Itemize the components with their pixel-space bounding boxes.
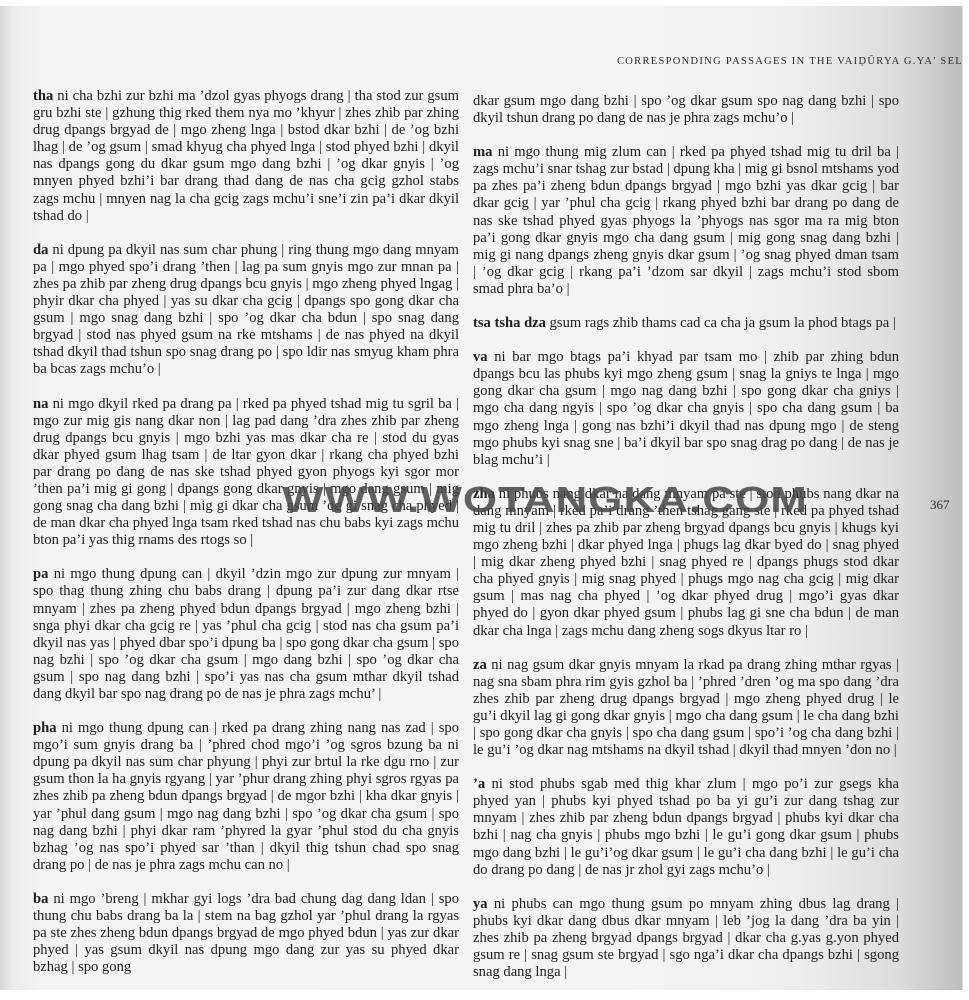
page-number: 367 (930, 497, 950, 513)
passage-text: dkar gsum mgo dang bzhi | spo ’og dkar g… (473, 93, 899, 126)
passage-text: ni bar mgo btags pa’i khyad par tsam mo … (473, 349, 899, 468)
passage-letter: pha (33, 720, 57, 736)
left-column: tha ni cha bzhi zur bzhi ma ’dzol gyas p… (33, 88, 459, 993)
passage-pha: pha ni mgo thung dpung can | rked pa dra… (33, 720, 459, 874)
passage-ya: ya ni phubs can mgo thung gsum po mnyam … (473, 896, 899, 981)
passage-text: ni dpung pa dkyil nas sum char phung | r… (33, 242, 459, 378)
passage-da: da ni dpung pa dkyil nas sum char phung … (33, 242, 459, 379)
passage-text: ni mgo thung mig zlum can | rked pa phye… (473, 144, 899, 297)
passage-text: gsum rags zhib thams cad ca cha ja gsum … (546, 315, 896, 331)
passage-text: ni phubs nang dkar na dang mnyam pa ste … (473, 486, 899, 639)
passage-pa: pa ni mgo thung dpung can | dkyil ’dzin … (33, 566, 459, 703)
passage-letter: tsa tsha dza (473, 315, 546, 331)
passage-tha: tha ni cha bzhi zur bzhi ma ’dzol gyas p… (33, 88, 459, 225)
passage-letter: da (33, 242, 48, 258)
passage-va: va ni bar mgo btags pa’i khyad par tsam … (473, 349, 899, 469)
passage-text: ni mgo ’breng | mkhar gyi logs ’dra bad … (33, 891, 459, 975)
passage-ba: ba ni mgo ’breng | mkhar gyi logs ’dra b… (33, 891, 459, 976)
passage-text: ni cha bzhi zur bzhi ma ’dzol gyas phyog… (33, 88, 459, 224)
passage-text: ni nag gsum dkar gnyis mnyam la rkad pa … (473, 657, 899, 758)
passage-letter: ma (473, 144, 492, 160)
passage-letter: ya (473, 896, 488, 912)
passage-letter: ’a (473, 776, 485, 792)
passage-letter: va (473, 349, 488, 365)
scan-top-margin (0, 0, 969, 6)
running-head: Corresponding Passages in the Vaiḍūrya g… (617, 56, 957, 67)
passage-text: ni mgo dkyil rked pa drang pa | rked pa … (33, 396, 459, 549)
passage-tsa-tsha-dza: tsa tsha dza gsum rags zhib thams cad ca… (473, 315, 899, 332)
right-column: dkar gsum mgo dang bzhi | spo ’og dkar g… (473, 93, 899, 998)
passage-a: ’a ni stod phubs sgab med thig khar zlum… (473, 776, 899, 879)
passage-zha: zha ni phubs nang dkar na dang mnyam pa … (473, 486, 899, 640)
passage-na: na ni mgo dkyil rked pa drang pa | rked … (33, 396, 459, 550)
book-page: Corresponding Passages in the Vaiḍūrya g… (0, 0, 969, 1000)
passage-letter: pa (33, 566, 48, 582)
passage-za: za ni nag gsum dkar gnyis mnyam la rkad … (473, 657, 899, 760)
passage-text: ni mgo thung dpung can | dkyil ’dzin mgo… (33, 566, 459, 702)
passage-letter: na (33, 396, 48, 412)
passage-text: ni stod phubs sgab med thig khar zlum | … (473, 776, 899, 877)
passage-letter: ba (33, 891, 48, 907)
passage-letter: zha (473, 486, 495, 502)
passage-letter: tha (33, 88, 53, 104)
passage-ma: ma ni mgo thung mig zlum can | rked pa p… (473, 144, 899, 298)
passage-letter: za (473, 657, 487, 673)
passage-ba-continued: dkar gsum mgo dang bzhi | spo ’og dkar g… (473, 93, 899, 127)
passage-text: ni phubs can mgo thung gsum po mnyam zhi… (473, 896, 899, 980)
passage-text: ni mgo thung dpung can | rked pa drang z… (33, 720, 459, 873)
